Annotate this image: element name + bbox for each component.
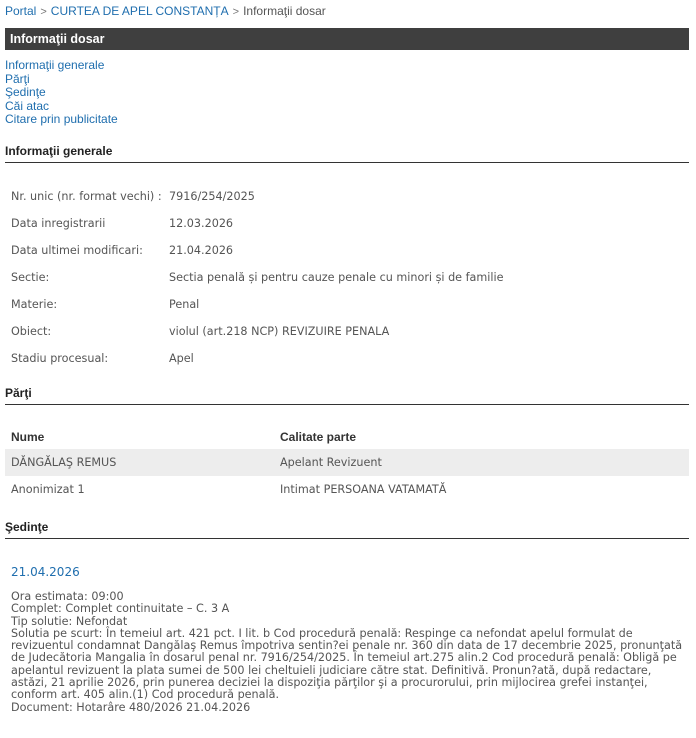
parties-heading: Părţi — [5, 386, 689, 405]
info-value: Apel — [169, 352, 194, 365]
nav-link-hearings[interactable]: Şedinţe — [5, 86, 118, 100]
info-row-section: Sectie: Sectia penală și pentru cauze pe… — [11, 264, 504, 291]
hearing-date: 21.04.2026 — [11, 565, 686, 579]
info-label: Materie: — [11, 298, 169, 311]
table-row: DĂNGĂLAŞ REMUS Apelant Revizuent — [5, 449, 689, 476]
info-label: Stadiu procesual: — [11, 352, 169, 365]
hearing-details: Ora estimata: 09:00 Complet: Complet con… — [11, 591, 686, 714]
party-name: DĂNGĂLAŞ REMUS — [5, 456, 274, 469]
hearings-heading: Şedinţe — [5, 520, 689, 539]
info-value: Penal — [169, 298, 199, 311]
info-label: Data ultimei modificari: — [11, 244, 169, 257]
breadcrumb-portal-link[interactable]: Portal — [5, 4, 36, 18]
info-value: 21.04.2026 — [169, 244, 233, 257]
info-label: Sectie: — [11, 271, 169, 284]
column-header-role: Calitate parte — [274, 430, 356, 444]
info-row-last-modified: Data ultimei modificari: 21.04.2026 — [11, 237, 504, 264]
parties-table-header: Nume Calitate parte — [5, 425, 689, 449]
info-value: violul (art.218 NCP) REVIZUIRE PENALA — [169, 325, 389, 338]
party-role: Intimat PERSOANA VATAMATĂ — [274, 483, 446, 496]
general-info-table: Nr. unic (nr. format vechi) : 7916/254/2… — [11, 183, 504, 372]
breadcrumb-court-link[interactable]: CURTEA DE APEL CONSTANȚA — [51, 4, 229, 18]
info-label: Nr. unic (nr. format vechi) : — [11, 190, 169, 203]
nav-link-parties[interactable]: Părţi — [5, 73, 118, 87]
nav-link-general-info[interactable]: Informaţii generale — [5, 59, 118, 73]
section-nav: Informaţii generale Părţi Şedinţe Căi at… — [5, 59, 118, 127]
column-header-name: Nume — [5, 430, 274, 444]
info-label: Data inregistrarii — [11, 217, 169, 230]
hearing-panel: Complet: Complet continuitate – C. 3 A — [11, 603, 686, 615]
parties-table: Nume Calitate parte DĂNGĂLAŞ REMUS Apela… — [5, 425, 689, 503]
info-row-stage: Stadiu procesual: Apel — [11, 345, 504, 372]
nav-link-public-summons[interactable]: Citare prin publicitate — [5, 113, 118, 127]
info-row-object: Obiect: violul (art.218 NCP) REVIZUIRE P… — [11, 318, 504, 345]
info-value: 7916/254/2025 — [169, 190, 255, 203]
info-value: 12.03.2026 — [169, 217, 233, 230]
table-row: Anonimizat 1 Intimat PERSOANA VATAMATĂ — [5, 476, 689, 503]
info-row-registration-date: Data inregistrarii 12.03.2026 — [11, 210, 504, 237]
general-info-heading: Informaţii generale — [5, 144, 689, 163]
breadcrumb-separator: > — [36, 6, 50, 18]
party-role: Apelant Revizuent — [274, 456, 382, 469]
breadcrumb: Portal>CURTEA DE APEL CONSTANȚA>Informaţ… — [5, 4, 326, 20]
hearing-document: Document: Hotarâre 480/2026 21.04.2026 — [11, 702, 686, 714]
info-row-matter: Materie: Penal — [11, 291, 504, 318]
info-row-case-number: Nr. unic (nr. format vechi) : 7916/254/2… — [11, 183, 504, 210]
info-value: Sectia penală și pentru cauze penale cu … — [169, 271, 504, 284]
party-name: Anonimizat 1 — [5, 483, 274, 496]
hearing-entry: 21.04.2026 Ora estimata: 09:00 Complet: … — [11, 565, 686, 714]
hearing-solution-summary: Solutia pe scurt: În temeiul art. 421 pc… — [11, 628, 686, 702]
info-label: Obiect: — [11, 325, 169, 338]
nav-link-appeals[interactable]: Căi atac — [5, 100, 118, 114]
breadcrumb-separator: > — [229, 6, 243, 18]
breadcrumb-current: Informaţii dosar — [243, 4, 326, 18]
page-title: Informaţii dosar — [5, 28, 689, 50]
